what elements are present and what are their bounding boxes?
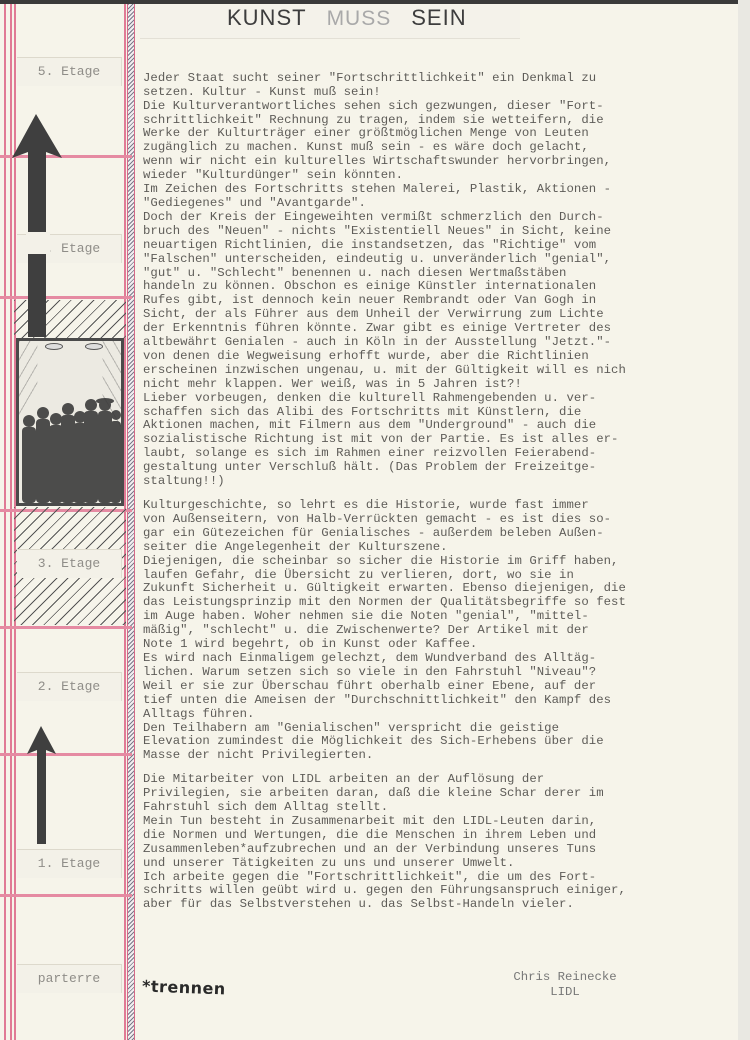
elevator-cabin-drawing — [16, 338, 124, 506]
floor-label-3: 3. Etage — [17, 549, 122, 578]
text-line: lichen. Warum setzen sich so viele in de… — [143, 666, 743, 680]
text-line: das Leistungsprinzip mit den Normen der … — [143, 596, 743, 610]
text-line: Rufes gibt, ist dennoch kein neuer Rembr… — [143, 294, 743, 308]
text-line: und unserer Tätigkeiten zu uns und unser… — [143, 857, 743, 871]
floor-label-parterre: parterre — [17, 964, 122, 993]
text-line: laufen Gefahr, die Übersicht zu verliere… — [143, 569, 743, 583]
text-line: "gut" u. "Schlecht" benennen u. nach die… — [143, 267, 743, 281]
text-line: laubt, solange es sich im Rahmen einer r… — [143, 447, 743, 461]
text-line: Sicht, der als Führer aus dem Unheil der… — [143, 308, 743, 322]
grid-line — [4, 4, 6, 1040]
ceiling-light-icon — [45, 343, 63, 350]
floor-label-1: 1. Etage — [17, 849, 122, 878]
elevator-cable — [127, 4, 135, 1040]
paragraph: Kulturgeschichte, so lehrt es die Histor… — [143, 499, 743, 763]
text-line: Doch der Kreis der Eingeweihten vermißt … — [143, 211, 743, 225]
author-name: Chris Reinecke — [506, 970, 624, 985]
text-line: im Auge haben. Woher nehmen sie die Note… — [143, 610, 743, 624]
text-line: Weil er sie zur Überschau führt oberhalb… — [143, 680, 743, 694]
text-line: Werke der Kulturträger einer größtmöglic… — [143, 127, 743, 141]
text-line: bruch des "Neuen" - nichts "Existentiell… — [143, 225, 743, 239]
text-line: Masse der nicht Privilegierten. — [143, 749, 743, 763]
handwritten-note: *trennen — [142, 977, 226, 999]
text-line: neuartigen Richtlinien, die instandsetze… — [143, 239, 743, 253]
text-line: Den Teilhabern am "Genialischen" verspri… — [143, 722, 743, 736]
text-line: schrittlichkeit" Rechnung zu tragen, ind… — [143, 114, 743, 128]
text-line: Zusammenleben*aufzubrechen und an der Ve… — [143, 843, 743, 857]
text-line: wenn wir nicht ein kulturelles Wirtschaf… — [143, 155, 743, 169]
text-line: von denen die Wegweisung erhofft wurde, … — [143, 350, 743, 364]
text-line: der Erkenntnis führen könnte. Zwar gibt … — [143, 322, 743, 336]
text-line: nicht mehr klappen. Wer weiß, was in 5 J… — [143, 378, 743, 392]
text-line: setzen. Kultur - Kunst muß sein! — [143, 86, 743, 100]
text-line: Privilegien, sie arbeiten daran, daß die… — [143, 787, 743, 801]
crowd-figures-icon — [19, 391, 121, 503]
text-line: mäßig", "schlecht" u. die Zwischenwerte?… — [143, 624, 743, 638]
text-line: von Außenseitern, von Halb-Verrückten ge… — [143, 513, 743, 527]
text-line: Ich arbeite gegen die "Fortschrittlichke… — [143, 871, 743, 885]
text-line: Jeder Staat sucht seiner "Fortschrittlic… — [143, 72, 743, 86]
floor-line — [0, 626, 132, 629]
text-line: erscheinen inzwischen ungenau, u. mit de… — [143, 364, 743, 378]
text-line: die Normen und Wertungen, die die Mensch… — [143, 829, 743, 843]
text-line: schritts willen geübt wird u. gegen den … — [143, 884, 743, 898]
text-line: Elevation zumindest die Möglichkeit des … — [143, 735, 743, 749]
text-line: Fahrstuhl sich dem Alltag stellt. — [143, 801, 743, 815]
text-line: Im Zeichen des Fortschritts stehen Maler… — [143, 183, 743, 197]
floor-line — [0, 753, 132, 756]
text-line: staltung!!) — [143, 475, 743, 489]
text-line: Aktionen machen, mit Filmern aus dem "Un… — [143, 419, 743, 433]
paragraph: Jeder Staat sucht seiner "Fortschrittlic… — [143, 72, 743, 489]
text-line: Mein Tun besteht in Zusammenarbeit mit d… — [143, 815, 743, 829]
text-line: seiter die Angelegenheit der Kulturszene… — [143, 541, 743, 555]
text-line: Es wird nach Einmaligem gelechzt, dem Wu… — [143, 652, 743, 666]
text-line: aber für das Selbstverstehen u. das Selb… — [143, 898, 743, 912]
ceiling-light-icon — [85, 343, 103, 350]
floor-line — [0, 894, 132, 897]
elevator-shaft-illustration: 5. Etage 4. Etage 3. Etage 2. Etage 1. E… — [0, 4, 140, 1040]
text-line: wieder "Kulturdünger" sein könnten. — [143, 169, 743, 183]
title-word-sein: SEIN — [411, 5, 466, 30]
text-line: Zukunft Sicherheit u. Gültigkeit erwarte… — [143, 582, 743, 596]
arrow-up-icon — [8, 112, 68, 337]
text-line: sozialistische Richtung ist mit von der … — [143, 433, 743, 447]
article-body: Jeder Staat sucht seiner "Fortschrittlic… — [143, 44, 743, 926]
text-line: tief unten die Ameisen der "Durchschnitt… — [143, 694, 743, 708]
page-title: KUNSTMUSSSEIN — [227, 5, 467, 31]
text-line: zugänglich zu machen. Kunst muß sein - e… — [143, 141, 743, 155]
text-line: gar ein Gütezeichen für Genialisches - a… — [143, 527, 743, 541]
author-group: LIDL — [506, 985, 624, 1000]
text-line: Lieber vorbeugen, denken die kulturell R… — [143, 392, 743, 406]
title-word-muss: MUSS — [327, 7, 392, 30]
text-line: gestaltung unter Verschluß hält. (Das Pr… — [143, 461, 743, 475]
title-word-kunst: KUNST — [227, 5, 307, 30]
text-line: Note 1 wird begehrt, ob in Kunst oder Ka… — [143, 638, 743, 652]
signature: Chris Reinecke LIDL — [506, 970, 624, 1000]
text-line: Kulturgeschichte, so lehrt es die Histor… — [143, 499, 743, 513]
floor-label-5: 5. Etage — [17, 57, 122, 86]
text-line: schaffen sich das Alibi des Fortschritts… — [143, 406, 743, 420]
paragraph: Die Mitarbeiter von LIDL arbeiten an der… — [143, 773, 743, 912]
text-line: altbewährt Genialen - auch in Köln in de… — [143, 336, 743, 350]
arrow-up-icon — [26, 724, 58, 846]
text-line: Alltags führen. — [143, 708, 743, 722]
floor-label-2: 2. Etage — [17, 672, 122, 701]
text-line: "Falschen" unterscheiden, eindeutig u. u… — [143, 253, 743, 267]
text-line: Die Kulturverantwortliches sehen sich ge… — [143, 100, 743, 114]
text-line: Die Mitarbeiter von LIDL arbeiten an der… — [143, 773, 743, 787]
text-line: handeln zu können. Obschon es einige Kün… — [143, 280, 743, 294]
text-line: Diejenigen, die scheinbar so sicher die … — [143, 555, 743, 569]
text-line: "Gediegenes" und "Avantgarde". — [143, 197, 743, 211]
